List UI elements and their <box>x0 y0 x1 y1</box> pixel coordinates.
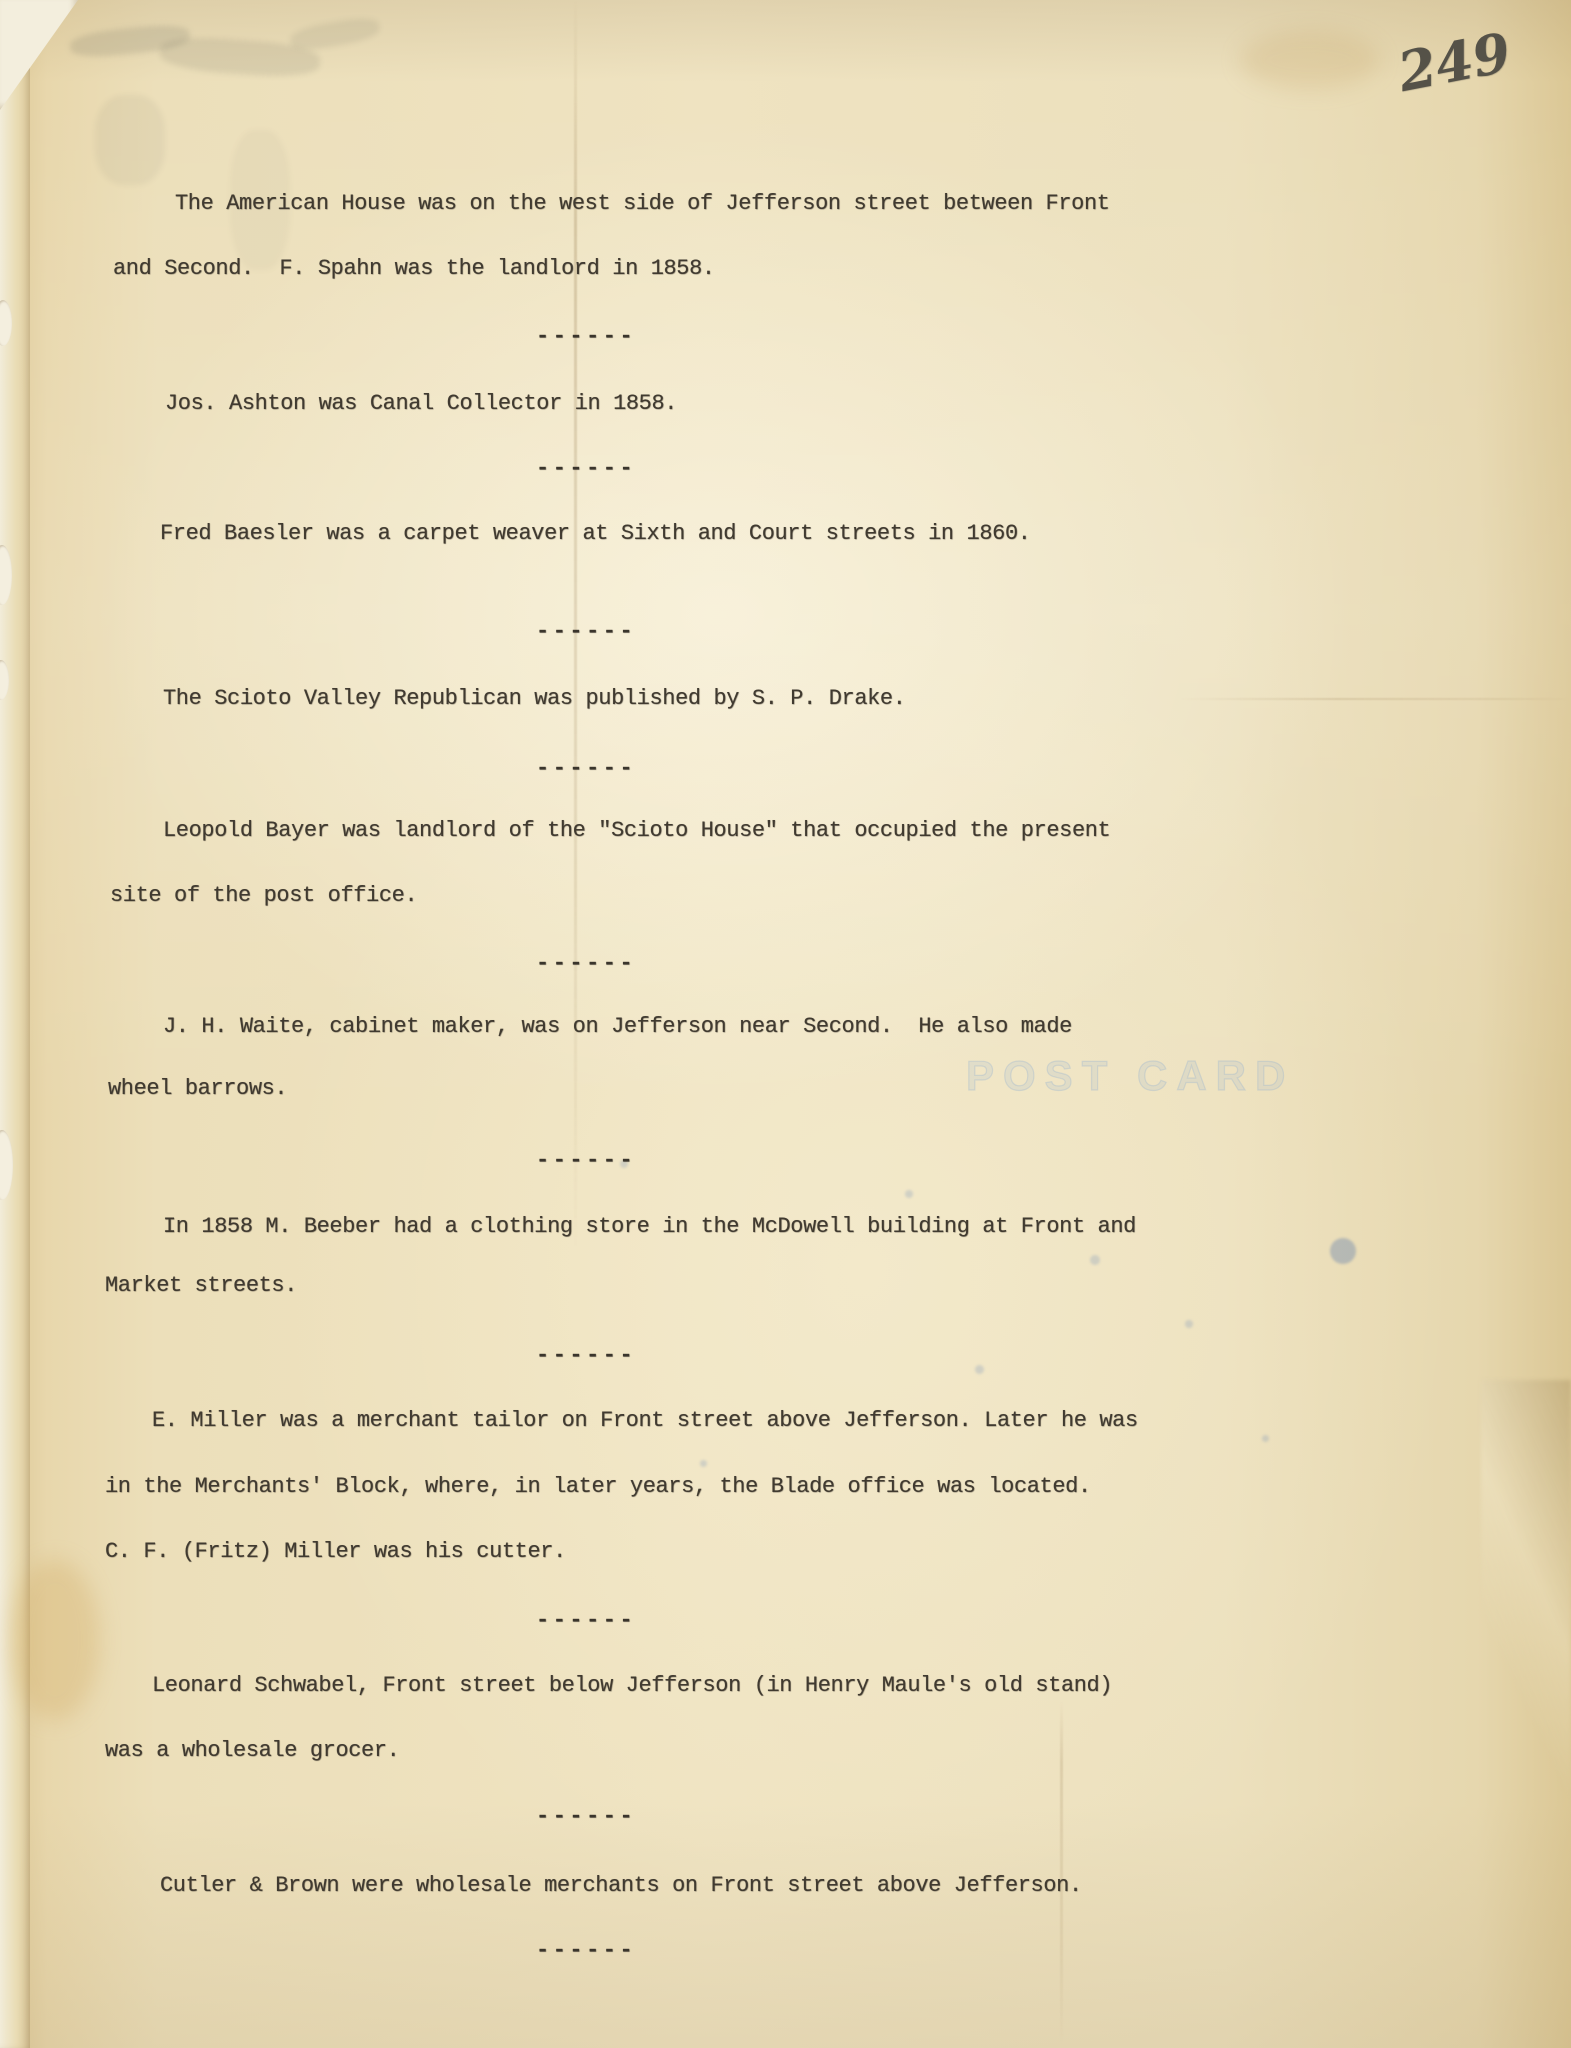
paper-stain <box>1240 30 1380 90</box>
typed-line: The American House was on the west side … <box>175 191 1110 216</box>
typed-line: in the Merchants' Block, where, in later… <box>105 1474 1091 1499</box>
typed-line: Leopold Bayer was landlord of the "Sciot… <box>163 818 1110 843</box>
paper-fold <box>1481 1380 1571 1800</box>
typed-line: wheel barrows. <box>108 1076 287 1101</box>
typed-line: site of the post office. <box>110 883 417 908</box>
post-card-watermark: POST CARD <box>966 1052 1294 1100</box>
ink-speck <box>1262 1435 1269 1442</box>
section-divider: ------ <box>536 756 636 781</box>
ink-speck <box>1185 1320 1193 1328</box>
typed-line: Market streets. <box>105 1273 297 1298</box>
typed-line: In 1858 M. Beeber had a clothing store i… <box>163 1214 1136 1239</box>
typed-line: Fred Baesler was a carpet weaver at Sixt… <box>160 521 1031 546</box>
section-divider: ------ <box>536 1938 636 1963</box>
typed-line: was a wholesale grocer. <box>105 1738 399 1763</box>
section-divider: ------ <box>536 951 636 976</box>
typed-line: Jos. Ashton was Canal Collector in 1858. <box>165 391 677 416</box>
section-divider: ------ <box>536 1148 636 1173</box>
typed-line: C. F. (Fritz) Miller was his cutter. <box>105 1539 566 1564</box>
ink-speck <box>700 1460 707 1467</box>
ink-speck <box>1330 1238 1356 1264</box>
section-divider: ------ <box>536 1343 636 1368</box>
section-divider: ------ <box>536 324 636 349</box>
typed-line: The Scioto Valley Republican was publish… <box>163 686 906 711</box>
paper-stain <box>10 1560 100 1720</box>
section-divider: ------ <box>536 619 636 644</box>
typed-line: J. H. Waite, cabinet maker, was on Jeffe… <box>163 1014 1072 1039</box>
paper-crease <box>1180 698 1571 700</box>
document-scan: POST CARD 249 The American House was on … <box>0 0 1571 2048</box>
section-divider: ------ <box>536 1608 636 1633</box>
section-divider: ------ <box>536 1804 636 1829</box>
typed-line: and Second. F. Spahn was the landlord in… <box>113 256 715 281</box>
typed-line: E. Miller was a merchant tailor on Front… <box>152 1408 1138 1433</box>
typed-line: Leonard Schwabel, Front street below Jef… <box>152 1673 1112 1698</box>
typed-line: Cutler & Brown were wholesale merchants … <box>160 1873 1082 1898</box>
ink-speck <box>1090 1255 1100 1265</box>
ink-speck <box>975 1365 984 1374</box>
ink-speck <box>905 1190 913 1198</box>
pencil-smudge <box>95 95 165 185</box>
section-divider: ------ <box>536 456 636 481</box>
